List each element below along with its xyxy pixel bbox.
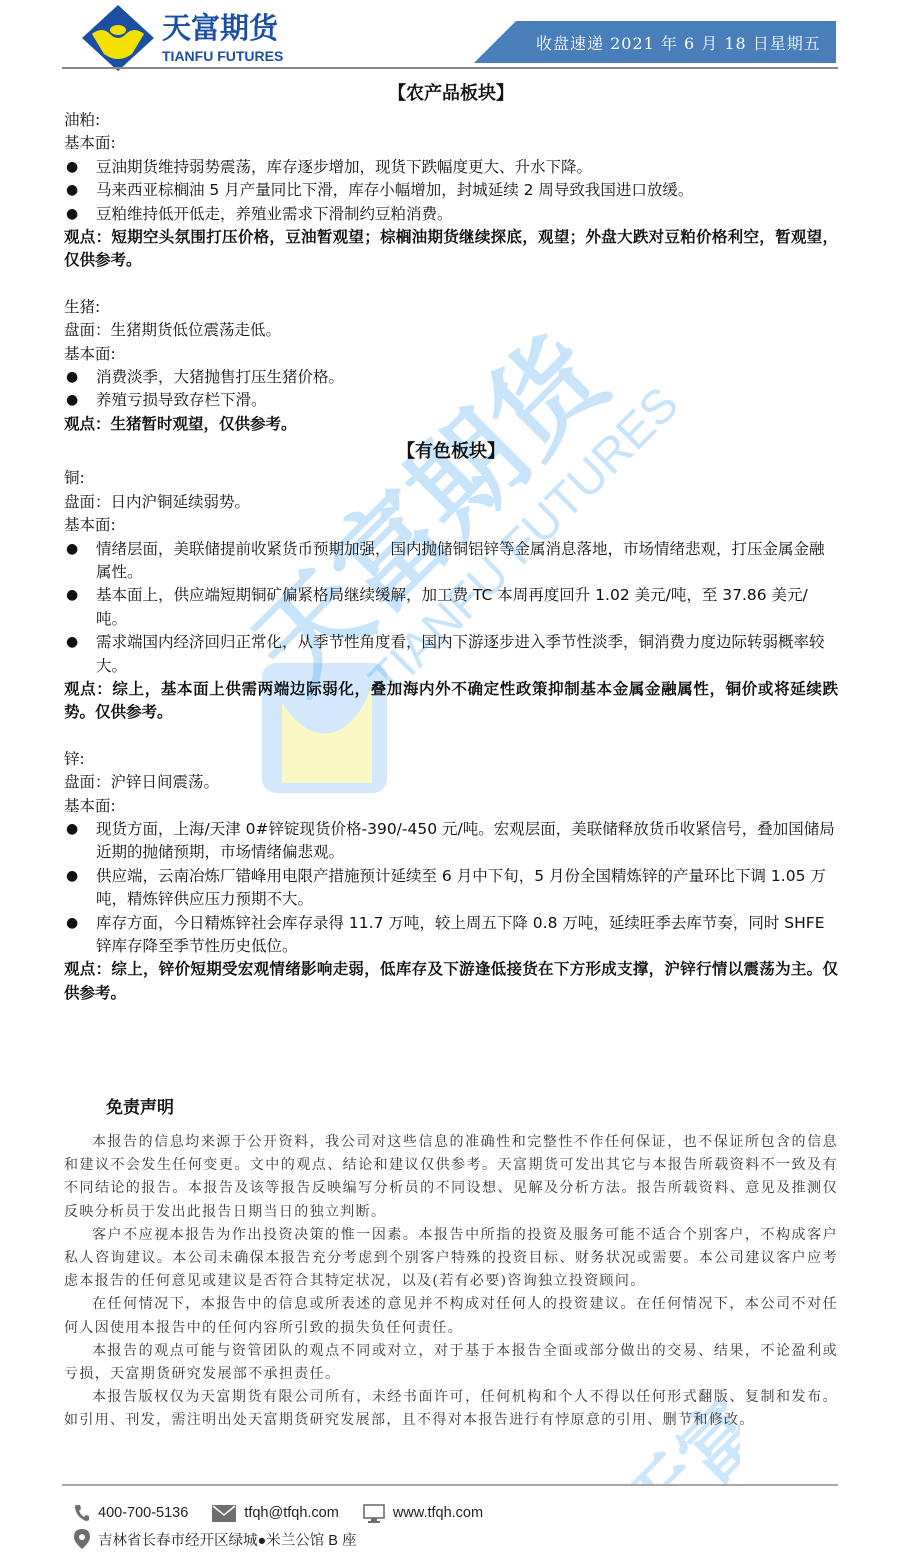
- report-body: 【农产品板块】 油粕: 基本面: ●豆油期货维持弱势震荡，库存逐步增加，现货下跌…: [64, 78, 838, 1005]
- logo-chinese: 天富期货: [162, 12, 278, 44]
- commodity-name-zinc: 锌:: [64, 748, 838, 771]
- list-item: ●马来西亚棕榈油 5 月产量同比下滑，库存小幅增加，封城延续 2 周导致我国进口…: [64, 179, 838, 202]
- list-item: ●情绪层面，美联储提前收紧货币预期加强，国内抛储铜铝锌等金属消息落地，市场情绪悲…: [64, 538, 838, 585]
- market-zinc: 盘面：沪锌日间震荡。: [64, 771, 838, 794]
- footer-divider: [62, 1484, 838, 1486]
- footer-address: 吉林省长春市经开区绿城●米兰公馆 B 座: [74, 1529, 357, 1550]
- bullet-icon: ●: [66, 631, 78, 654]
- bullet-icon: ●: [66, 584, 78, 607]
- footer-email[interactable]: tfqh@tfqh.com: [212, 1505, 339, 1522]
- monitor-icon: [363, 1504, 385, 1523]
- bullet-icon: ●: [66, 818, 78, 841]
- mail-icon: [212, 1505, 236, 1522]
- bullet-icon: ●: [66, 366, 78, 389]
- commodity-name-copper: 铜:: [64, 467, 838, 490]
- bullet-icon: ●: [66, 179, 78, 202]
- location-pin-icon: [74, 1529, 90, 1549]
- disclaimer-paragraph: 本报告的信息均来源于公开资料，我公司对这些信息的准确性和完整性不作任何保证，也不…: [64, 1131, 838, 1224]
- commodity-name-oilmeal: 油粕:: [64, 109, 838, 132]
- list-item: ●豆油期货维持弱势震荡，库存逐步增加，现货下跌幅度更大、升水下降。: [64, 156, 838, 179]
- phone-icon: [74, 1504, 90, 1522]
- bullet-icon: ●: [66, 912, 78, 935]
- list-item: ●豆粕维持低开低走，养殖业需求下滑制约豆粕消费。: [64, 203, 838, 226]
- fundamentals-label: 基本面:: [64, 795, 838, 818]
- fundamentals-label: 基本面:: [64, 514, 838, 537]
- logo-english: TIANFU FUTURES: [162, 48, 283, 64]
- disclaimer: 免责声明 本报告的信息均来源于公开资料，我公司对这些信息的准确性和完整性不作任何…: [64, 1095, 838, 1433]
- page-header: 天富期货 TIANFU FUTURES 收盘速递 2021 年 6 月 18 日…: [0, 0, 902, 70]
- list-item: ●养殖亏损导致存栏下滑。: [64, 389, 838, 412]
- bullet-icon: ●: [66, 865, 78, 888]
- bullet-icon: ●: [66, 389, 78, 412]
- list-item: ●库存方面，今日精炼锌社会库存录得 11.7 万吨，较上周五下降 0.8 万吨，…: [64, 912, 838, 959]
- view-copper: 观点：综上，基本面上供需两端边际弱化，叠加海内外不确定性政策抑制基本金属金融属性…: [64, 678, 838, 725]
- company-logo: 天富期货 TIANFU FUTURES: [80, 4, 300, 68]
- disclaimer-paragraph: 本报告的观点可能与资管团队的观点不同或对立，对于基于本报告全面或部分做出的交易、…: [64, 1340, 838, 1386]
- disclaimer-paragraph: 本报告版权仅为天富期货有限公司所有，未经书面许可，任何机构和个人不得以任何形式翻…: [64, 1386, 838, 1432]
- bullet-icon: ●: [66, 538, 78, 561]
- disclaimer-paragraph: 在任何情况下，本报告中的信息或所表述的意见并不构成对任何人的投资建议。在任何情况…: [64, 1293, 838, 1339]
- fundamentals-label: 基本面:: [64, 343, 838, 366]
- bullet-icon: ●: [66, 156, 78, 179]
- list-item: ●现货方面，上海/天津 0#锌锭现货价格-390/-450 元/吨。宏观层面，美…: [64, 818, 838, 865]
- list-item: ●基本面上，供应端短期铜矿偏紧格局继续缓解，加工费 TC 本周再度回升 1.02…: [64, 584, 838, 631]
- view-zinc: 观点：综上，锌价短期受宏观情绪影响走弱，低库存及下游逢低接货在下方形成支撑，沪锌…: [64, 958, 838, 1005]
- section-title-metals: 【有色板块】: [64, 436, 838, 467]
- market-copper: 盘面：日内沪铜延续弱势。: [64, 491, 838, 514]
- list-item: ●消费淡季，大猪抛售打压生猪价格。: [64, 366, 838, 389]
- bullet-icon: ●: [66, 203, 78, 226]
- disclaimer-paragraph: 客户不应视本报告为作出投资决策的惟一因素。本报告中所指的投资及服务可能不适合个别…: [64, 1224, 838, 1294]
- view-hog: 观点：生猪暂时观望，仅供参考。: [64, 413, 838, 436]
- report-banner: 收盘速递 2021 年 6 月 18 日星期五: [474, 21, 836, 63]
- disclaimer-title: 免责声明: [106, 1095, 838, 1121]
- footer-website[interactable]: www.tfqh.com: [363, 1504, 483, 1523]
- report-date: 收盘速递 2021 年 6 月 18 日星期五: [536, 21, 821, 63]
- footer-phone[interactable]: 400-700-5136: [74, 1504, 188, 1522]
- list-item: ●需求端国内经济回归正常化，从季节性角度看，国内下游逐步进入季节性淡季，铜消费力…: [64, 631, 838, 678]
- logo-diamond-icon: [80, 4, 156, 72]
- header-divider: [62, 67, 838, 69]
- view-oilmeal: 观点：短期空头氛围打压价格，豆油暂观望；棕榈油期货继续探底，观望；外盘大跌对豆粕…: [64, 226, 838, 273]
- commodity-name-hog: 生猪:: [64, 296, 838, 319]
- page-footer: 400-700-5136 tfqh@tfqh.com www.tfqh.com …: [74, 1500, 507, 1552]
- list-item: ●供应端，云南冶炼厂错峰用电限产措施预计延续至 6 月中下旬，5 月份全国精炼锌…: [64, 865, 838, 912]
- section-title-agri: 【农产品板块】: [64, 78, 838, 109]
- fundamentals-label: 基本面:: [64, 132, 838, 155]
- market-hog: 盘面：生猪期货低位震荡走低。: [64, 319, 838, 342]
